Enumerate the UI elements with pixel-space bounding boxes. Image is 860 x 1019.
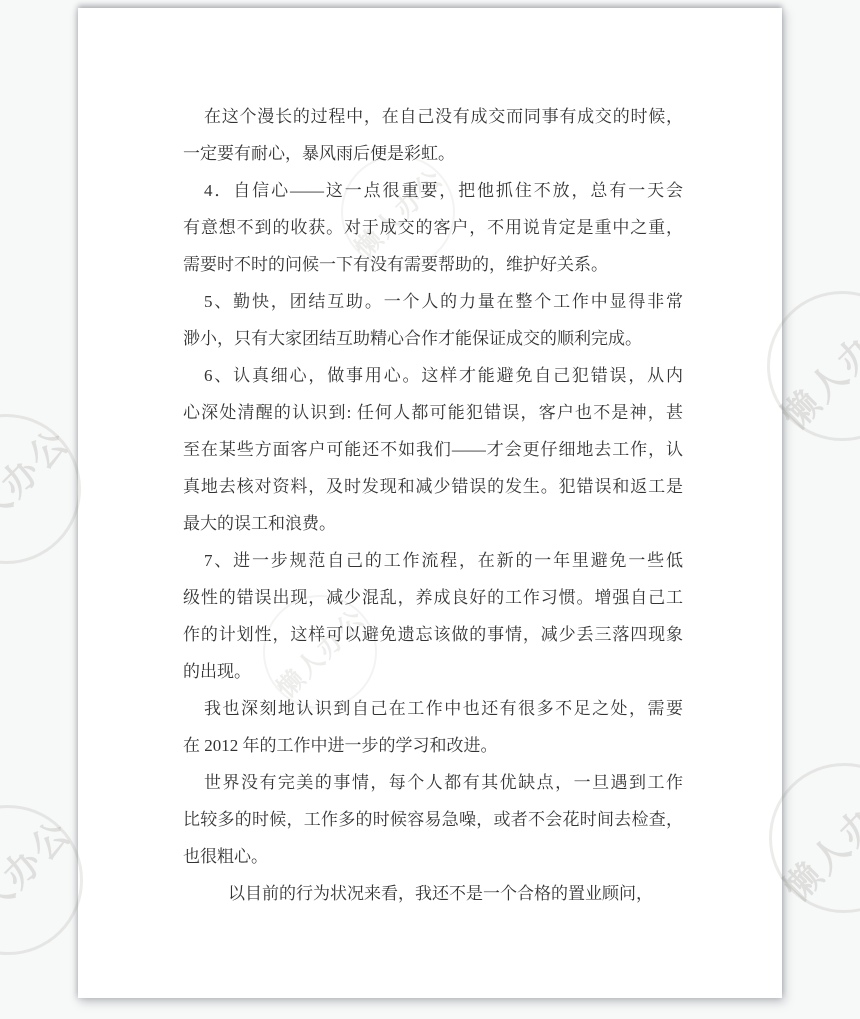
document-page: 在这个漫长的过程中，在自己没有成交而同事有成交的时候，一定要有耐心，暴风雨后便是… bbox=[78, 8, 782, 998]
text-line: 一定要有耐心，暴风雨后便是彩虹。 bbox=[183, 135, 683, 172]
text-line: 需要时不时的问候一下有没有需要帮助的，维护好关系。 bbox=[183, 246, 683, 283]
paragraph: 7、进一步规范自己的工作流程，在新的一年里避免一些低级性的错误出现，减少混乱，养… bbox=[183, 542, 683, 690]
text-line: 以目前的行为状况来看，我还不是一个合格的置业顾问， bbox=[183, 875, 683, 912]
paragraph: 世界没有完美的事情，每个人都有其优缺点，一旦遇到工作比较多的时候，工作多的时候容… bbox=[183, 764, 683, 875]
text-line: 作的计划性，这样可以避免遗忘该做的事情，减少丢三落四现象 bbox=[183, 616, 683, 653]
text-line: 最大的误工和浪费。 bbox=[183, 505, 683, 542]
text-line: 7、进一步规范自己的工作流程，在新的一年里避免一些低 bbox=[183, 542, 683, 579]
text-line: 我也深刻地认识到自己在工作中也还有很多不足之处，需要 bbox=[183, 690, 683, 727]
text-line: 有意想不到的收获。对于成交的客户，不用说肯定是重中之重， bbox=[183, 209, 683, 246]
text-block: 在这个漫长的过程中，在自己没有成交而同事有成交的时候，一定要有耐心，暴风雨后便是… bbox=[183, 98, 683, 912]
text-line: 渺小，只有大家团结互助精心合作才能保证成交的顺利完成。 bbox=[183, 320, 683, 357]
paragraph: 在这个漫长的过程中，在自己没有成交而同事有成交的时候，一定要有耐心，暴风雨后便是… bbox=[183, 98, 683, 172]
text-line: 6、认真细心，做事用心。这样才能避免自己犯错误，从内 bbox=[183, 357, 683, 394]
text-line: 的出现。 bbox=[183, 653, 683, 690]
paragraph: 我也深刻地认识到自己在工作中也还有很多不足之处，需要在 2012 年的工作中进一… bbox=[183, 690, 683, 764]
text-line: 心深处清醒的认识到: 任何人都可能犯错误，客户也不是神，甚 bbox=[183, 394, 683, 431]
text-line: 世界没有完美的事情，每个人都有其优缺点，一旦遇到工作 bbox=[183, 764, 683, 801]
text-line: 在 2012 年的工作中进一步的学习和改进。 bbox=[183, 727, 683, 764]
text-line: 5、勤快，团结互助。一个人的力量在整个工作中显得非常 bbox=[183, 283, 683, 320]
paragraph: 6、认真细心，做事用心。这样才能避免自己犯错误，从内心深处清醒的认识到: 任何人… bbox=[183, 357, 683, 542]
text-line: 也很粗心。 bbox=[183, 838, 683, 875]
text-line: 至在某些方面客户可能还不如我们——才会更仔细地去工作，认 bbox=[183, 431, 683, 468]
paragraph: 4．自信心——这一点很重要，把他抓住不放，总有一天会有意想不到的收获。对于成交的… bbox=[183, 172, 683, 283]
text-line: 级性的错误出现，减少混乱，养成良好的工作习惯。增强自己工 bbox=[183, 579, 683, 616]
text-line: 4．自信心——这一点很重要，把他抓住不放，总有一天会 bbox=[183, 172, 683, 209]
paragraph: 以目前的行为状况来看，我还不是一个合格的置业顾问， bbox=[183, 875, 683, 912]
paragraph: 5、勤快，团结互助。一个人的力量在整个工作中显得非常渺小，只有大家团结互助精心合… bbox=[183, 283, 683, 357]
text-line: 比较多的时候，工作多的时候容易急噪，或者不会花时间去检查， bbox=[183, 801, 683, 838]
text-line: 在这个漫长的过程中，在自己没有成交而同事有成交的时候， bbox=[183, 98, 683, 135]
text-line: 真地去核对资料，及时发现和减少错误的发生。犯错误和返工是 bbox=[183, 468, 683, 505]
